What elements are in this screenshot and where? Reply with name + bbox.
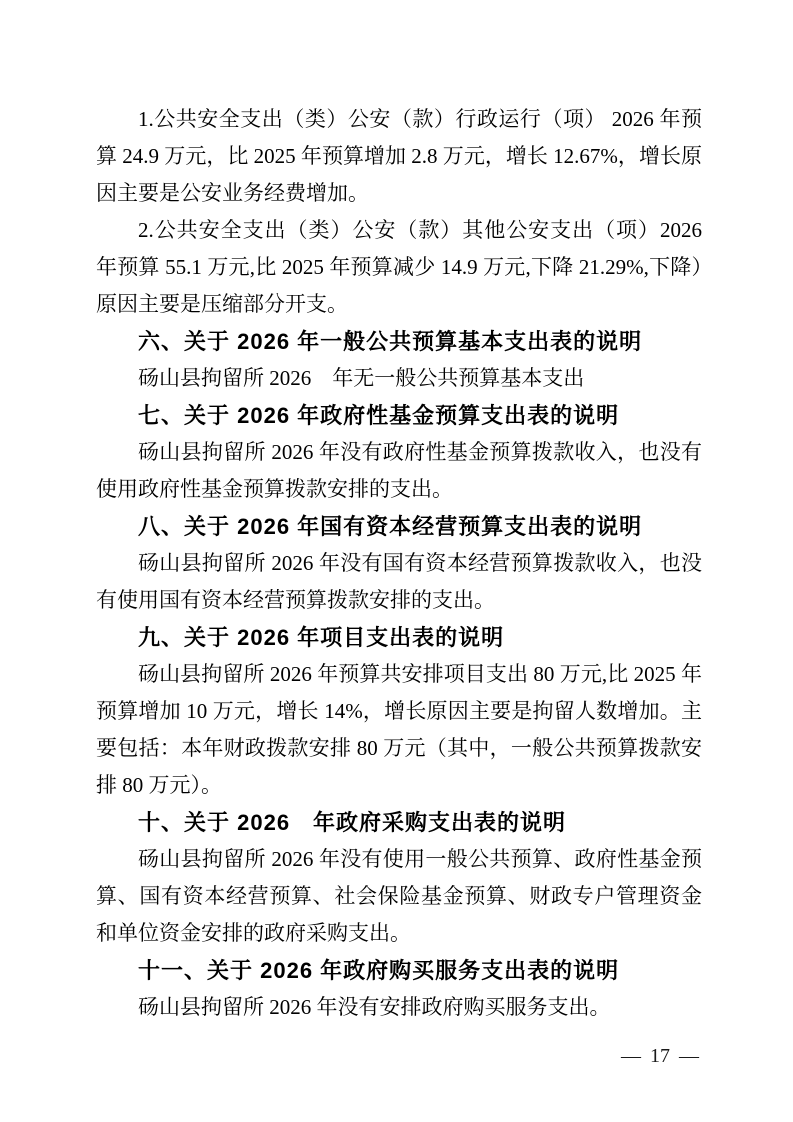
section-heading: 六、关于 2026 年一般公共预算基本支出表的说明 bbox=[96, 323, 702, 360]
section-heading: 十一、关于 2026 年政府购买服务支出表的说明 bbox=[96, 952, 702, 989]
section-heading: 八、关于 2026 年国有资本经营预算支出表的说明 bbox=[96, 508, 702, 545]
section-heading: 七、关于 2026 年政府性基金预算支出表的说明 bbox=[96, 397, 702, 434]
document-page: 1.公共安全支出（类）公安（款）行政运行（项） 2026 年预算 24.9 万元… bbox=[0, 0, 793, 1122]
page-footer: — 17 — bbox=[621, 1044, 699, 1068]
paragraph: 砀山县拘留所 2026 年预算共安排项目支出 80 万元,比 2025 年预算增… bbox=[96, 656, 702, 804]
section-heading: 十、关于 2026 年政府采购支出表的说明 bbox=[96, 804, 702, 841]
section-heading: 九、关于 2026 年项目支出表的说明 bbox=[96, 619, 702, 656]
footer-dash-left: — bbox=[621, 1044, 641, 1068]
paragraph: 砀山县拘留所 2026 年无一般公共预算基本支出 bbox=[96, 360, 702, 397]
paragraph: 2.公共安全支出（类）公安（款）其他公安支出（项）2026 年预算 55.1 万… bbox=[96, 212, 702, 323]
paragraph: 砀山县拘留所 2026 年没有政府性基金预算拨款收入，也没有使用政府性基金预算拨… bbox=[96, 434, 702, 508]
document-body: 1.公共安全支出（类）公安（款）行政运行（项） 2026 年预算 24.9 万元… bbox=[96, 101, 702, 1026]
paragraph: 砀山县拘留所 2026 年没有使用一般公共预算、政府性基金预算、国有资本经营预算… bbox=[96, 841, 702, 952]
paragraph: 1.公共安全支出（类）公安（款）行政运行（项） 2026 年预算 24.9 万元… bbox=[96, 101, 702, 212]
page-number: 17 bbox=[650, 1044, 670, 1068]
paragraph: 砀山县拘留所 2026 年没有安排政府购买服务支出。 bbox=[96, 989, 702, 1026]
footer-dash-right: — bbox=[679, 1044, 699, 1068]
paragraph: 砀山县拘留所 2026 年没有国有资本经营预算拨款收入，也没有使用国有资本经营预… bbox=[96, 545, 702, 619]
